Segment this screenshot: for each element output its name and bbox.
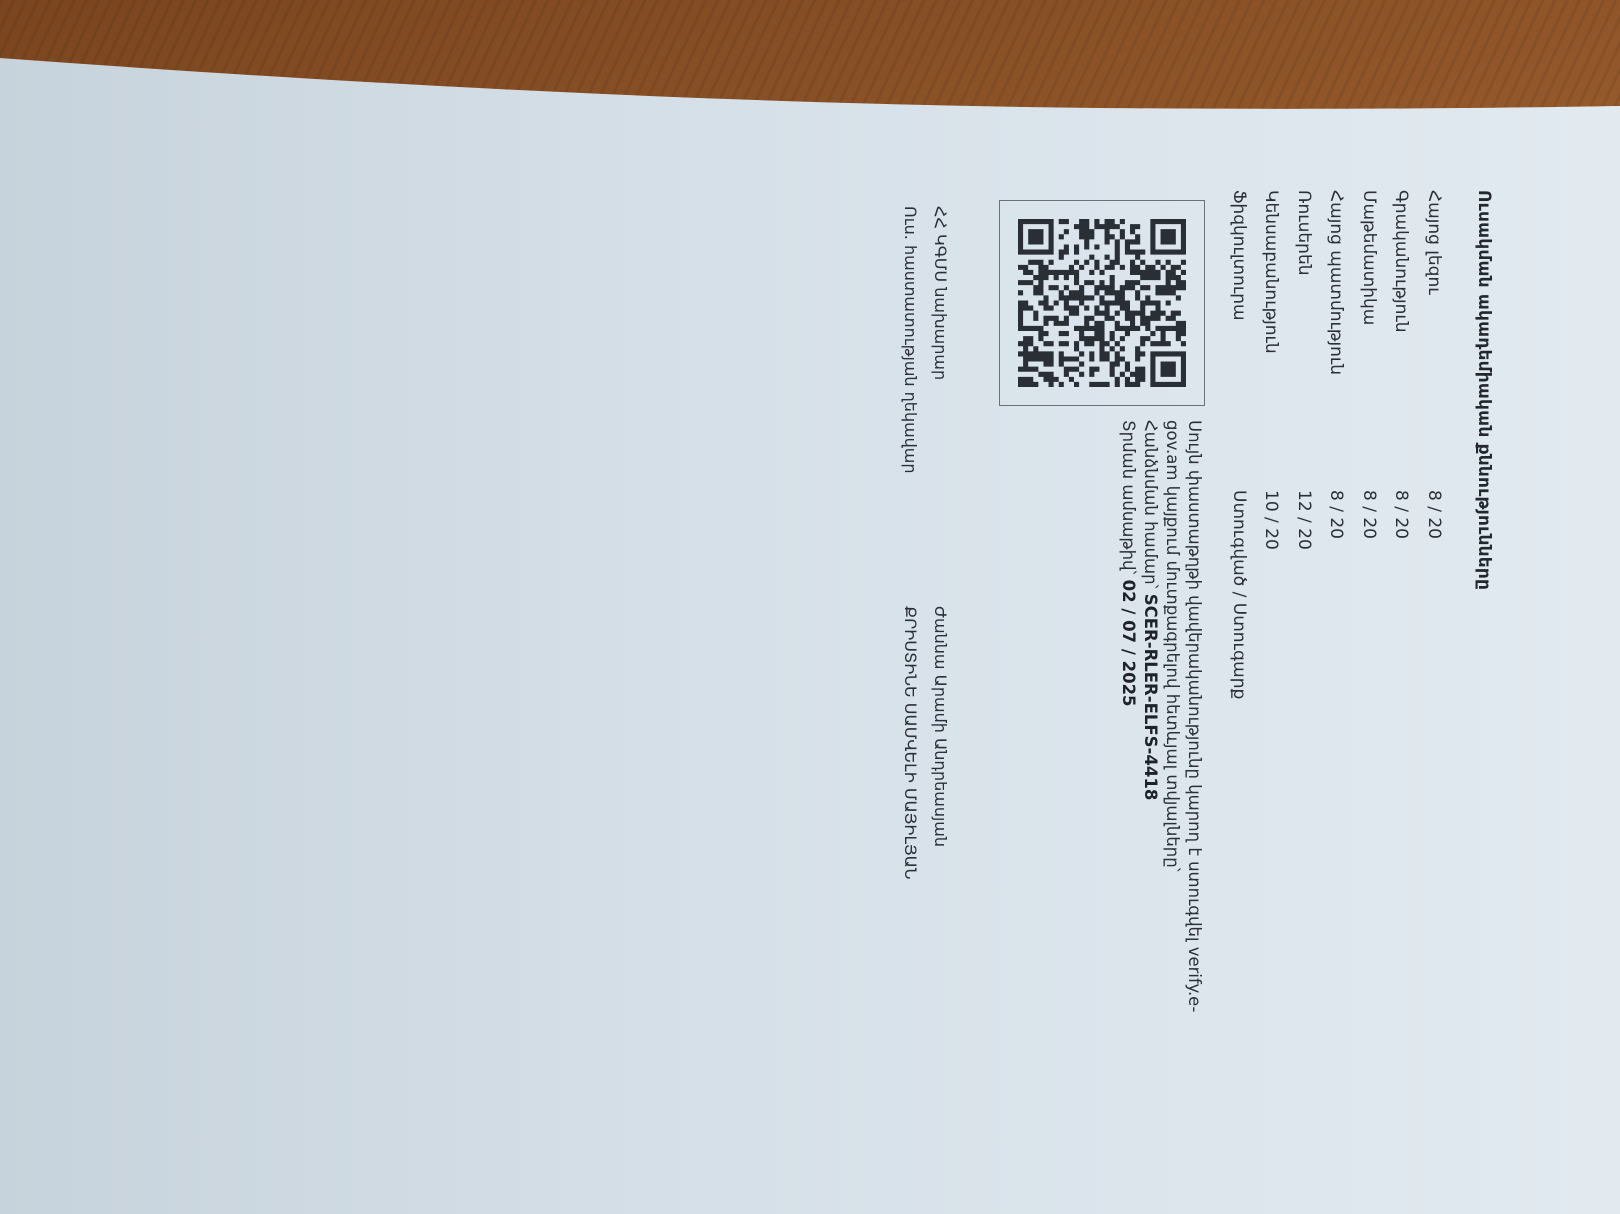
grade-row: Ֆիզկուլտուրա Ստուգված / Ստուգարք <box>1223 190 1256 750</box>
subject-name: Կենսաբանություն <box>1261 190 1281 490</box>
grades-table: Հայոց լեզու 8 / 20 Գրականություն 8 / 20 … <box>1223 190 1451 750</box>
signature-minister: ՀՀ ԿԳՄՍ նախարար Ժաննա Արամի Անդրեասյան <box>931 206 950 946</box>
grade-row: Գրականություն 8 / 20 <box>1385 190 1418 750</box>
subject-name: Հայոց պատմություն <box>1326 190 1346 490</box>
subject-name: Ռուսերեն <box>1294 190 1314 490</box>
signatory-name: Ժաննա Արամի Անդրեասյան <box>931 606 950 847</box>
qr-code-frame <box>999 200 1205 406</box>
subject-name: Ֆիզկուլտուրա <box>1229 190 1249 490</box>
grade-row: Հայոց պատմություն 8 / 20 <box>1320 190 1353 750</box>
grade-row: Ռուսերեն 12 / 20 <box>1288 190 1321 750</box>
grade-row: Կենսաբանություն 10 / 20 <box>1255 190 1288 750</box>
subject-score: 8 / 20 <box>1391 490 1411 539</box>
verification-text-line1: Սույն փաստաթղթի վավերականությունը կարող … <box>1183 420 1205 1140</box>
signatory-role: Ուս. հաստատության ղեկավար <box>901 206 920 606</box>
signatory-name: ՔՐԻՍՏԻՆԵ ՍԱՄՎԵԼԻ ՄԱՅԻԼՅԱՆ <box>901 606 920 880</box>
subject-score: 8 / 20 <box>1359 490 1379 539</box>
subject-name: Հայոց լեզու <box>1424 190 1444 490</box>
signatory-role: ՀՀ ԿԳՄՍ նախարար <box>931 206 950 606</box>
document-title: Ուսակման ակադեմիական քննությունները <box>1474 190 1494 590</box>
subject-score: 12 / 20 <box>1294 490 1314 550</box>
certificate-page: Ուսակման ակադեմիական քննությունները Հայո… <box>820 170 1500 1180</box>
signature-institution-head: Ուս. հաստատության ղեկավար ՔՐԻՍՏԻՆԵ ՍԱՄՎԵ… <box>901 206 920 946</box>
verification-text-line2: gov.am կայքում մուտքագրելով հետևյալ տվյա… <box>1161 420 1183 1140</box>
issue-date: 02 / 07 / 2025 <box>1119 580 1138 707</box>
subject-score: 8 / 20 <box>1424 490 1444 539</box>
grade-row: Մաթեմատիկա 8 / 20 <box>1353 190 1386 750</box>
verification-code-line: Հանձնման համար՝ SCER-RLER-ELFS-4418 <box>1139 420 1161 1140</box>
verification-code: SCER-RLER-ELFS-4418 <box>1141 594 1160 801</box>
issue-date-line: Տրման ամսաթիվ՝ 02 / 07 / 2025 <box>1117 420 1139 1140</box>
subject-score: 8 / 20 <box>1326 490 1346 539</box>
verification-block: Սույն փաստաթղթի վավերականությունը կարող … <box>1117 420 1205 1140</box>
issue-date-label: Տրման ամսաթիվ՝ <box>1119 420 1138 580</box>
subject-name: Գրականություն <box>1391 190 1411 490</box>
qr-code-icon <box>1018 219 1186 387</box>
subject-score: 10 / 20 <box>1261 490 1281 550</box>
subject-score: Ստուգված / Ստուգարք <box>1229 490 1249 699</box>
subject-name: Մաթեմատիկա <box>1359 190 1379 490</box>
verification-code-label: Հանձնման համար՝ <box>1141 420 1160 594</box>
grade-row: Հայոց լեզու 8 / 20 <box>1418 190 1451 750</box>
